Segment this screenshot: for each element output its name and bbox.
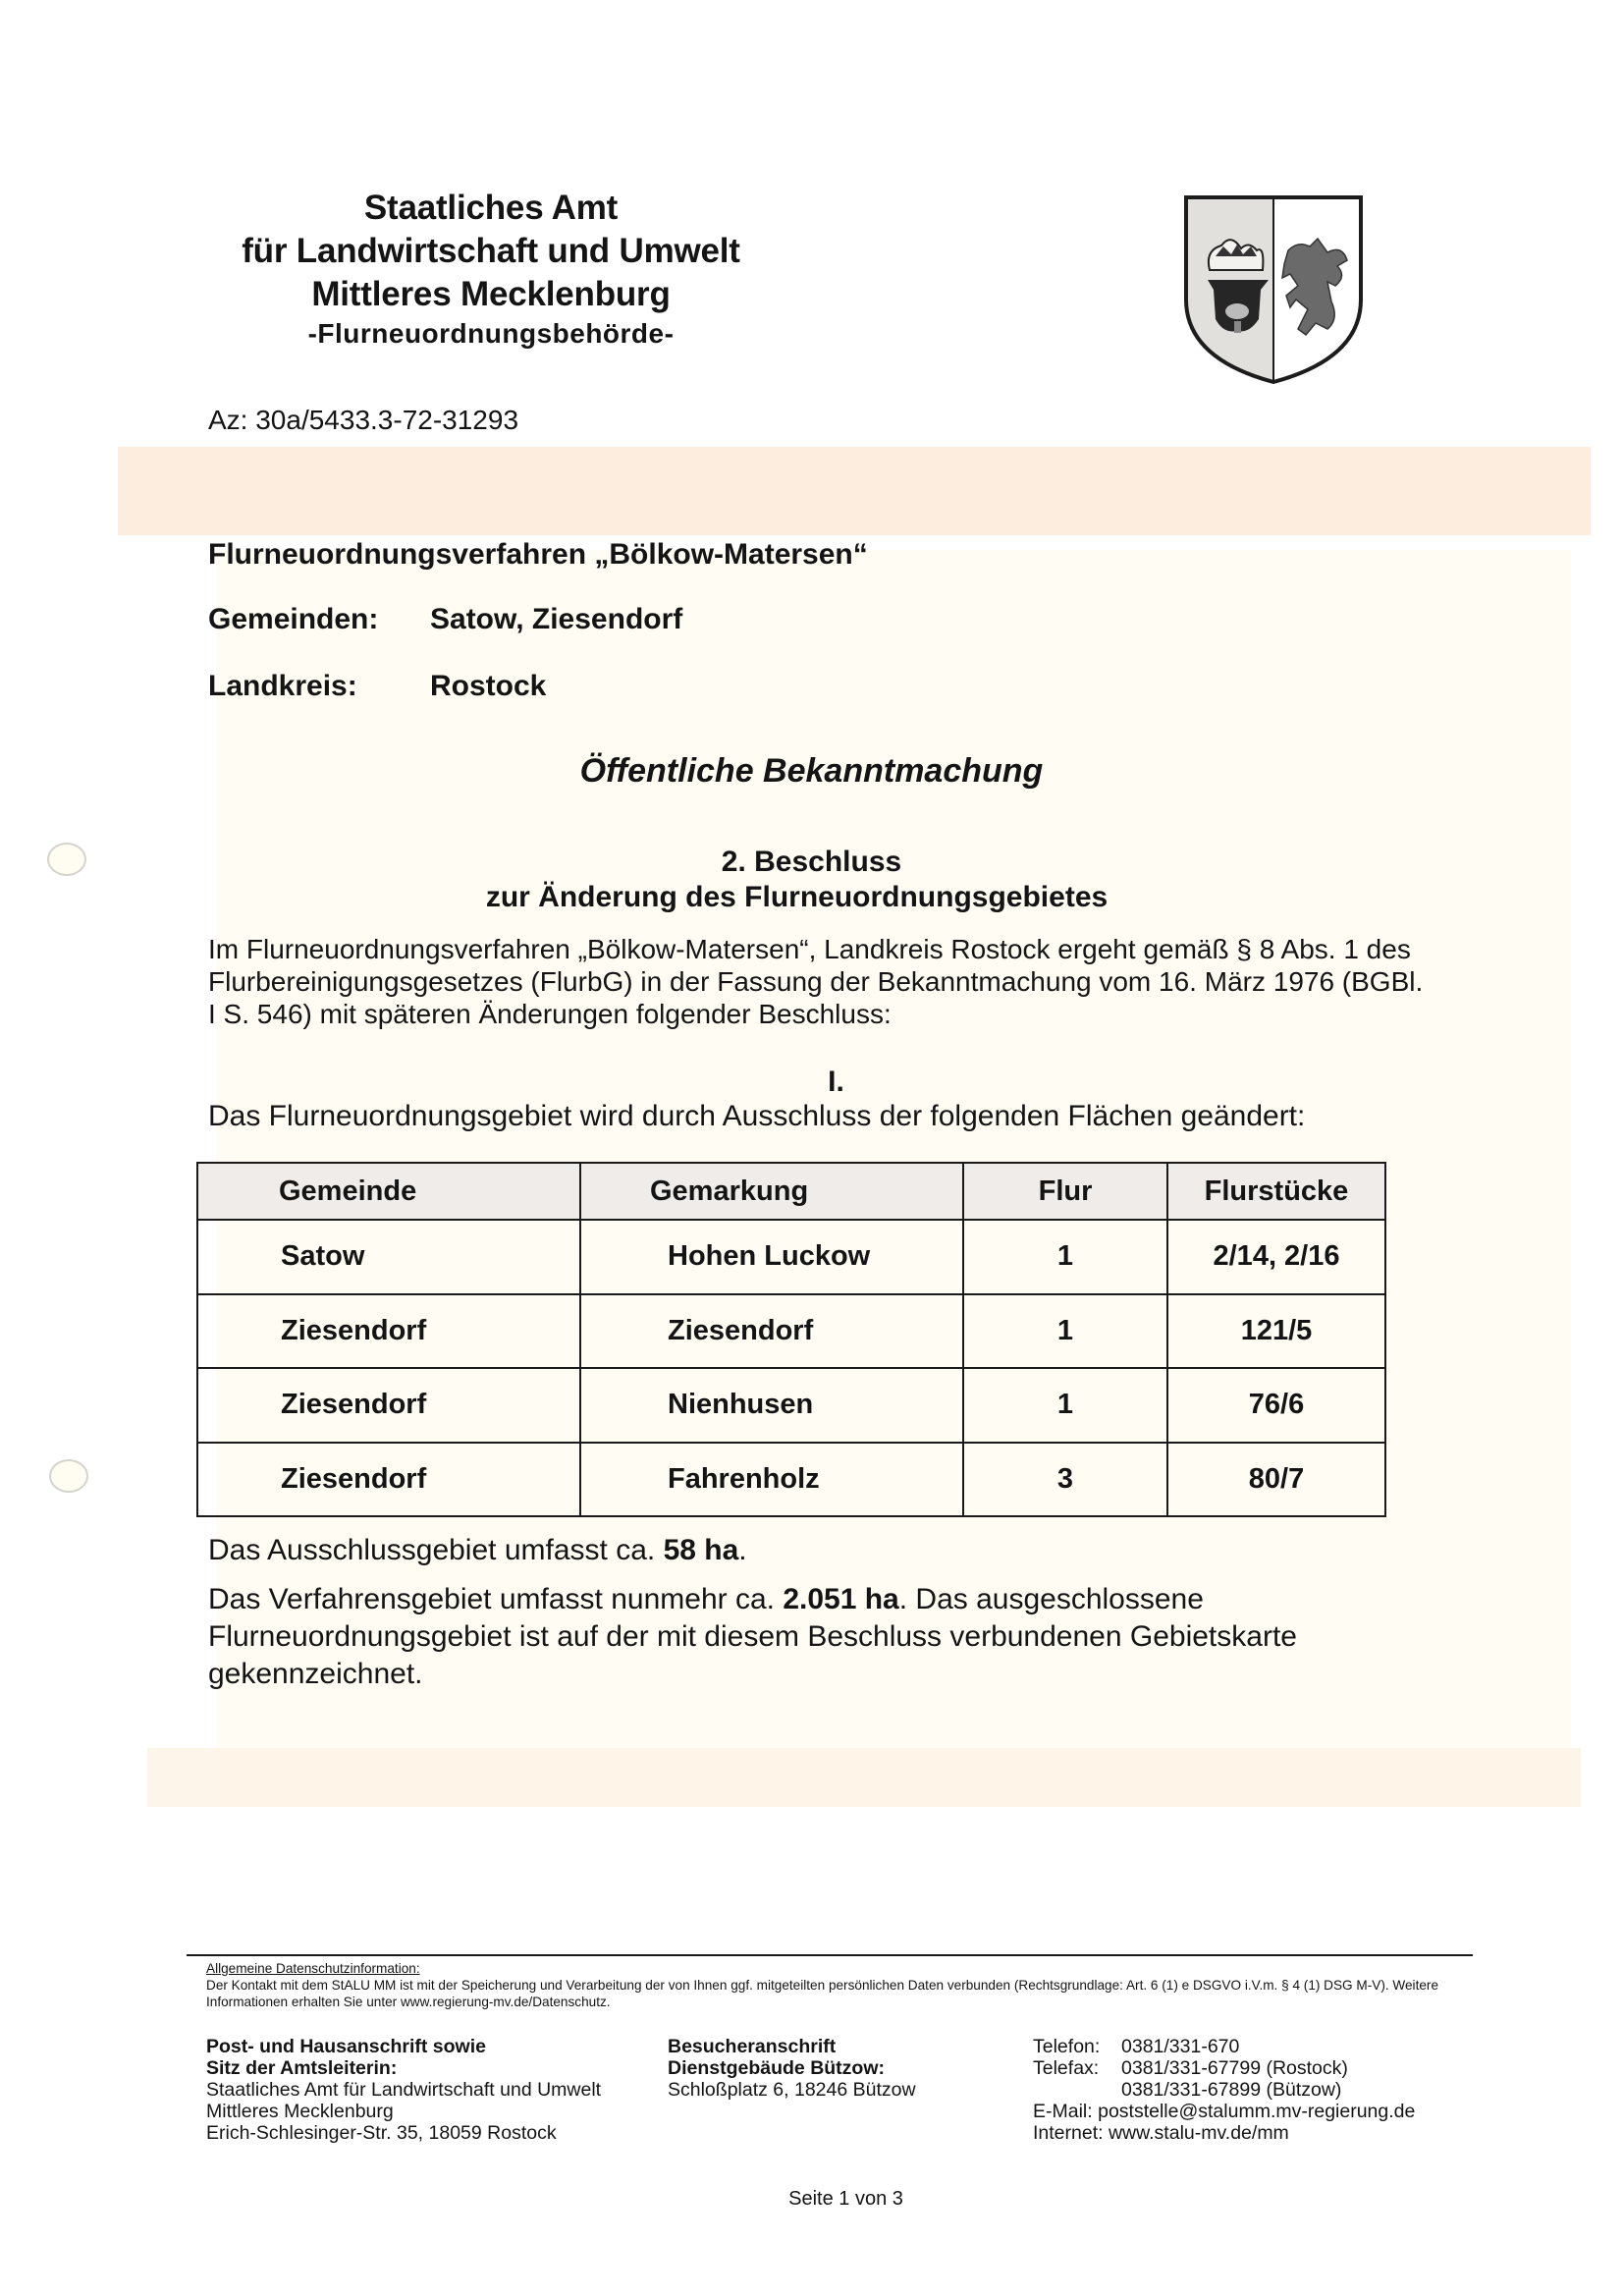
- cell-gemarkung: Fahrenholz: [580, 1443, 963, 1517]
- exclusion-area-suffix: .: [738, 1534, 746, 1566]
- exclusion-area-prefix: Das Ausschlussgebiet umfasst ca.: [208, 1534, 664, 1566]
- cell-flurstuecke: 121/5: [1167, 1294, 1385, 1369]
- district-value: Rostock: [430, 670, 546, 702]
- visitor-heading-1: Besucheranschrift: [668, 2036, 836, 2057]
- excluded-parcels-table: Gemeinde Gemarkung Flur Flurstücke Satow…: [196, 1162, 1386, 1517]
- email-label: E-Mail:: [1033, 2101, 1093, 2122]
- scan-tint: [118, 447, 1591, 535]
- table-row: Satow Hohen Luckow 1 2/14, 2/16: [197, 1220, 1385, 1294]
- exclusion-area-value: 58 ha: [664, 1534, 739, 1566]
- scan-tint: [147, 1748, 1581, 1807]
- cell-flur: 1: [963, 1294, 1167, 1369]
- phone-label: Telefon:: [1033, 2036, 1121, 2057]
- decision-number: 2. Beschluss: [0, 845, 1623, 880]
- cell-flurstuecke: 2/14, 2/16: [1167, 1220, 1385, 1294]
- table-row: Ziesendorf Fahrenholz 3 80/7: [197, 1443, 1385, 1517]
- footer-divider: [187, 1954, 1473, 1956]
- postal-heading-2: Sitz der Amtsleiterin:: [206, 2057, 397, 2079]
- visitor-heading-2: Dienstgebäude Bützow:: [668, 2057, 885, 2079]
- fax-label: Telefax:: [1033, 2057, 1121, 2079]
- cell-gemeinde: Satow: [197, 1220, 580, 1294]
- privacy-heading: Allgemeine Datenschutzinformation:: [206, 1960, 1483, 1977]
- reference-number: Az: 30a/5433.3-72-31293: [208, 405, 518, 436]
- privacy-text: Der Kontakt mit dem StALU MM ist mit der…: [206, 1977, 1483, 2010]
- postal-line-3: Erich-Schlesinger-Str. 35, 18059 Rostock: [206, 2122, 601, 2144]
- procedure-title: Flurneuordnungsverfahren „Bölkow-Materse…: [208, 538, 868, 572]
- cell-flur: 1: [963, 1220, 1167, 1294]
- change-statement: Das Flurneuordnungsgebiet wird durch Aus…: [208, 1100, 1426, 1132]
- notice-title: Öffentliche Bekanntmachung: [0, 752, 1623, 791]
- visitor-address: Besucheranschrift Dienstgebäude Bützow: …: [668, 2036, 916, 2101]
- web-label: Internet:: [1033, 2122, 1104, 2144]
- cell-gemarkung: Hohen Luckow: [580, 1220, 963, 1294]
- contact-block: Telefon:0381/331-670 Telefax:0381/331-67…: [1033, 2036, 1415, 2144]
- column-header-gemeinde: Gemeinde: [197, 1163, 580, 1220]
- table-row: Ziesendorf Ziesendorf 1 121/5: [197, 1294, 1385, 1369]
- fax-row-2: 0381/331-67899 (Bützow): [1033, 2079, 1415, 2101]
- punch-hole: [49, 1459, 88, 1493]
- cell-flurstuecke: 76/6: [1167, 1368, 1385, 1443]
- agency-name-line1: Staatliches Amt: [196, 187, 785, 230]
- cell-gemeinde: Ziesendorf: [197, 1294, 580, 1369]
- cell-flur: 3: [963, 1443, 1167, 1517]
- website-link[interactable]: www.stalu-mv.de/mm: [1109, 2122, 1289, 2144]
- exclusion-area-statement: Das Ausschlussgebiet umfasst ca. 58 ha.: [208, 1534, 1426, 1566]
- column-header-gemarkung: Gemarkung: [580, 1163, 963, 1220]
- visitor-line-1: Schloßplatz 6, 18246 Bützow: [668, 2079, 916, 2101]
- cell-flurstuecke: 80/7: [1167, 1443, 1385, 1517]
- privacy-notice: Allgemeine Datenschutzinformation: Der K…: [206, 1960, 1483, 2010]
- phone-row: Telefon:0381/331-670: [1033, 2036, 1415, 2057]
- intro-paragraph: Im Flurneuordnungsverfahren „Bölkow-Mate…: [208, 933, 1426, 1030]
- district-label: Landkreis:: [208, 670, 430, 703]
- agency-name-line3: Mittleres Mecklenburg: [196, 273, 785, 316]
- phone-value[interactable]: 0381/331-670: [1121, 2036, 1239, 2057]
- decision-heading: 2. Beschluss zur Änderung des Flurneuord…: [0, 845, 1623, 915]
- section-numeral: I.: [0, 1066, 1623, 1099]
- postal-line-1: Staatliches Amt für Landwirtschaft und U…: [206, 2079, 601, 2101]
- procedure-area-value: 2.051 ha: [783, 1583, 898, 1615]
- agency-department: -Flurneuordnungsbehörde-: [196, 316, 785, 352]
- page-number: Seite 1 von 3: [0, 2188, 1623, 2211]
- procedure-area-statement: Das Verfahrensgebiet umfasst nunmehr ca.…: [208, 1581, 1386, 1693]
- fax-row: Telefax:0381/331-67799 (Rostock): [1033, 2057, 1415, 2079]
- procedure-area-prefix: Das Verfahrensgebiet umfasst nunmehr ca.: [208, 1583, 783, 1615]
- municipalities-row: Gemeinden:Satow, Ziesendorf: [208, 603, 682, 636]
- table-header-row: Gemeinde Gemarkung Flur Flurstücke: [197, 1163, 1385, 1220]
- decision-subject: zur Änderung des Flurneuordnungsgebietes: [0, 880, 1623, 915]
- coat-of-arms-icon: [1180, 191, 1367, 388]
- cell-gemeinde: Ziesendorf: [197, 1368, 580, 1443]
- postal-line-2: Mittleres Mecklenburg: [206, 2101, 601, 2122]
- fax-value-buetzow: 0381/331-67899 (Bützow): [1121, 2079, 1341, 2101]
- agency-name-line2: für Landwirtschaft und Umwelt: [196, 230, 785, 273]
- cell-gemarkung: Ziesendorf: [580, 1294, 963, 1369]
- cell-flur: 1: [963, 1368, 1167, 1443]
- email-row: E-Mail: poststelle@stalumm.mv-regierung.…: [1033, 2101, 1415, 2122]
- email-link[interactable]: poststelle@stalumm.mv-regierung.de: [1098, 2101, 1415, 2122]
- column-header-flur: Flur: [963, 1163, 1167, 1220]
- fax-value-rostock: 0381/331-67799 (Rostock): [1121, 2057, 1348, 2079]
- cell-gemarkung: Nienhusen: [580, 1368, 963, 1443]
- table-row: Ziesendorf Nienhusen 1 76/6: [197, 1368, 1385, 1443]
- web-row: Internet: www.stalu-mv.de/mm: [1033, 2122, 1415, 2144]
- column-header-flurstuecke: Flurstücke: [1167, 1163, 1385, 1220]
- postal-address: Post- und Hausanschrift sowie Sitz der A…: [206, 2036, 601, 2144]
- municipalities-label: Gemeinden:: [208, 603, 430, 636]
- agency-header: Staatliches Amt für Landwirtschaft und U…: [196, 187, 785, 352]
- postal-heading-1: Post- und Hausanschrift sowie: [206, 2036, 486, 2057]
- municipalities-value: Satow, Ziesendorf: [430, 603, 682, 635]
- cell-gemeinde: Ziesendorf: [197, 1443, 580, 1517]
- district-row: Landkreis:Rostock: [208, 670, 546, 703]
